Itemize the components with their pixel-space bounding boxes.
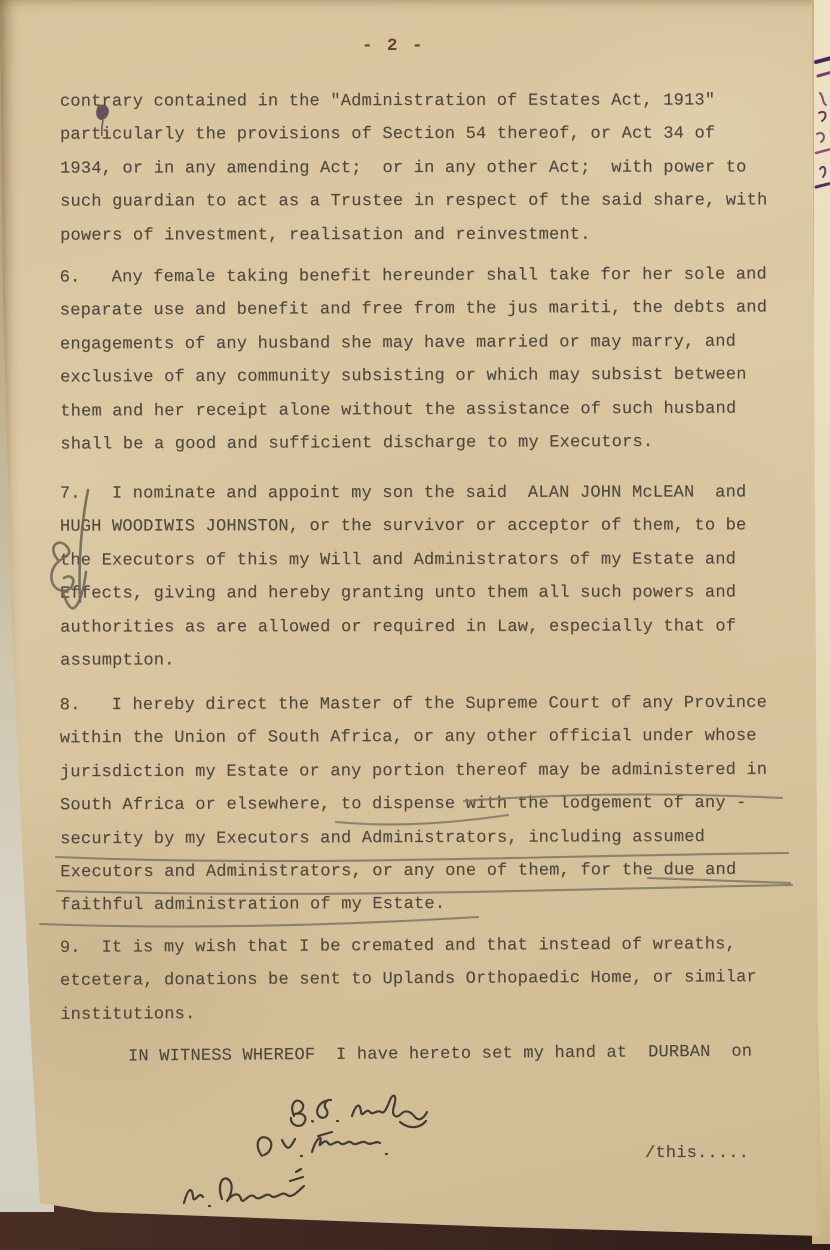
scanned-document-scene: - 2 - contrary contained in the "Adminis…: [0, 0, 830, 1250]
signature-witness-3: [184, 1169, 304, 1206]
pencil-underlines: [40, 795, 792, 927]
signature-witness-1: [291, 1096, 427, 1128]
ink-blot: [96, 105, 109, 136]
signature-witness-2: [258, 1132, 387, 1156]
document-page: - 2 - contrary contained in the "Adminis…: [0, 0, 830, 1250]
handwritten-marks-layer: [0, 0, 830, 1250]
margin-pencil-mark: [51, 490, 88, 608]
